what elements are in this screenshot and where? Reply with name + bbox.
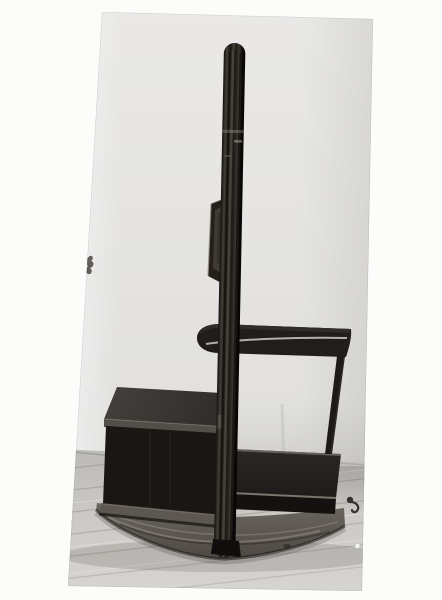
edge-dot bbox=[66, 518, 72, 524]
lower-step bbox=[231, 449, 341, 514]
white-speck bbox=[355, 543, 360, 548]
photograph bbox=[0, 0, 442, 600]
box-step bbox=[99, 387, 232, 528]
photo-scene bbox=[0, 0, 442, 600]
scanned-photo-page bbox=[0, 0, 442, 600]
